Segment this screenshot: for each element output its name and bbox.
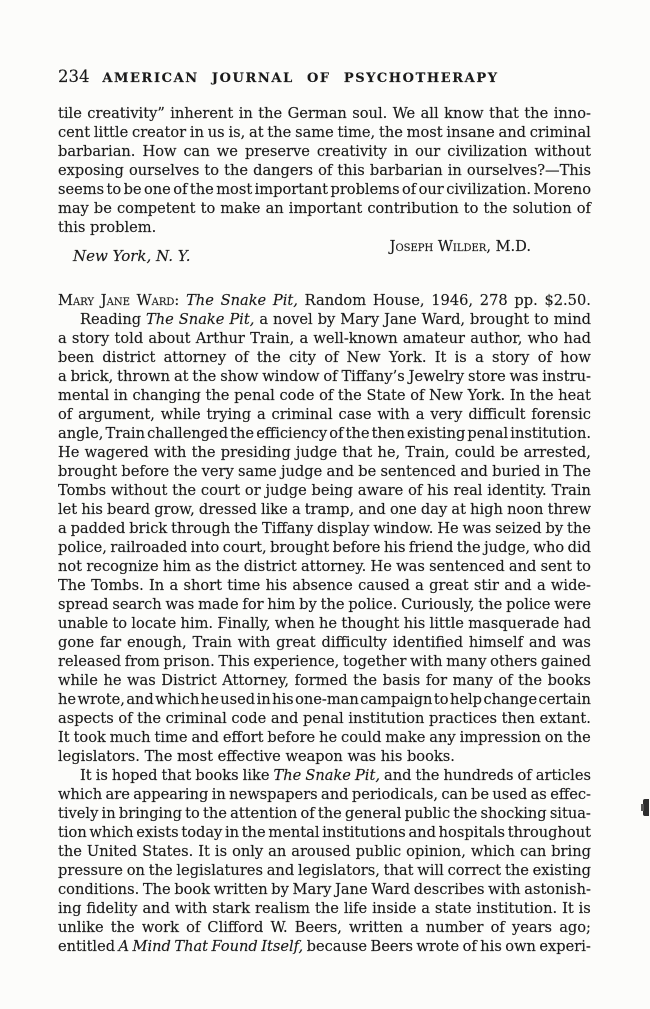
word: soul. <box>352 104 387 123</box>
word: be <box>500 443 518 462</box>
word: make <box>220 199 260 218</box>
word: short <box>183 576 222 595</box>
text-line: pressureonthelegislaturesandlegislators,… <box>58 861 591 880</box>
word: the <box>258 104 282 123</box>
word: to <box>204 161 219 180</box>
word: The <box>563 462 591 481</box>
word: Snake <box>179 310 225 329</box>
word: A <box>119 937 130 956</box>
word: The <box>186 291 214 310</box>
word: He <box>370 557 391 576</box>
word: books <box>548 671 591 690</box>
word: experi- <box>539 937 590 956</box>
word: while <box>161 405 201 424</box>
word: $2.50. <box>544 291 590 310</box>
word: a <box>410 918 419 937</box>
word: window. <box>373 519 433 538</box>
word: a <box>58 519 67 538</box>
word: number <box>426 918 484 937</box>
word: on <box>545 728 563 747</box>
word: with <box>238 633 270 652</box>
word: railroaded <box>110 538 187 557</box>
word: his <box>427 481 449 500</box>
word: district <box>244 557 297 576</box>
word: exposing <box>58 161 124 180</box>
word: institution <box>348 709 424 728</box>
word: his <box>81 500 103 519</box>
word: York. <box>468 386 506 405</box>
word: the <box>173 462 197 481</box>
word: he, <box>377 443 400 462</box>
word: any <box>429 728 455 747</box>
word: district <box>102 348 155 367</box>
word: and <box>327 462 354 481</box>
word: and <box>321 785 348 804</box>
text-line: police,railroadedintocourt,broughtbefore… <box>58 538 591 557</box>
word: astonish- <box>524 880 591 899</box>
word: not <box>58 557 82 576</box>
word: Ward: <box>137 291 180 310</box>
word: Pit, <box>273 291 298 310</box>
word: he <box>103 671 121 690</box>
text-line: Ittookmuchtimeandeffortbeforehecouldmake… <box>58 728 591 747</box>
word: told <box>115 329 144 348</box>
word: is, <box>228 123 245 142</box>
word: his <box>384 538 406 557</box>
word: Arthur <box>196 329 245 348</box>
word: of <box>329 424 343 443</box>
word: Ward <box>371 880 410 899</box>
word: in <box>239 104 253 123</box>
word: situa- <box>550 804 591 823</box>
word: one <box>144 180 171 199</box>
word: for <box>242 595 263 614</box>
text-line: notrecognizehimasthedistrictattorney.Hew… <box>58 557 591 576</box>
closing-paragraph: tilecreativity”inherentintheGermansoul.W… <box>58 104 591 237</box>
word: the <box>192 367 216 386</box>
word: ing <box>58 899 81 918</box>
word: Train <box>551 481 590 500</box>
word: Tombs. <box>91 576 144 595</box>
word: pp. <box>514 291 537 310</box>
word: he <box>201 690 219 709</box>
word: 278 <box>480 291 508 310</box>
word: Snake <box>305 766 351 785</box>
word: New <box>429 386 463 405</box>
word: States. <box>142 842 193 861</box>
word: New <box>347 348 381 367</box>
word: and <box>529 633 556 652</box>
word: then <box>372 424 405 443</box>
word: of <box>118 709 132 728</box>
word: and <box>408 823 435 842</box>
word: exists <box>136 823 178 842</box>
word: him <box>163 557 191 576</box>
word: Found <box>212 937 258 956</box>
word: know <box>444 104 484 123</box>
word: through <box>171 519 230 538</box>
word: identity. <box>487 481 546 500</box>
word: a <box>299 329 308 348</box>
word: creativity <box>317 142 387 161</box>
word: cent <box>58 123 90 142</box>
word: arrested, <box>524 443 591 462</box>
word: were <box>554 595 591 614</box>
word: problems <box>330 180 399 199</box>
word: work <box>142 918 179 937</box>
word: inno- <box>554 104 591 123</box>
word: Random <box>305 291 366 310</box>
text-line: barbarian.Howcanwepreservecreativityinou… <box>58 142 591 161</box>
word: that <box>489 104 519 123</box>
word: are <box>106 785 130 804</box>
word: the <box>524 104 548 123</box>
word: novel <box>273 310 313 329</box>
word: of <box>577 199 591 218</box>
word: Moreno <box>533 180 591 199</box>
word: which <box>471 842 515 861</box>
text-line: tivelyinbringingtotheattentionofthegener… <box>58 804 591 823</box>
word: to <box>107 180 122 199</box>
word: thrown <box>117 367 170 386</box>
word: our <box>415 142 440 161</box>
word: to <box>201 199 216 218</box>
word: Mary <box>340 310 379 329</box>
word: insane <box>446 123 494 142</box>
word: the <box>190 180 214 199</box>
word: It <box>435 348 447 367</box>
word: institution. <box>510 424 591 443</box>
word: shocking <box>481 804 547 823</box>
word: Mary <box>58 291 94 310</box>
word: is <box>215 842 227 861</box>
running-header: AMERICAN JOURNAL OF PSYCHOTHERAPY <box>34 71 567 86</box>
text-line: entitledAMindThatFoundItself,becauseBeer… <box>58 937 591 956</box>
word: opinion, <box>406 842 466 861</box>
word: story <box>492 348 529 367</box>
word: barbarian <box>370 161 443 180</box>
word: books <box>195 766 238 785</box>
word: friend <box>409 538 453 557</box>
word: The <box>58 576 86 595</box>
text-line: exposingourselvestothedangersofthisbarba… <box>58 161 591 180</box>
word: creator <box>132 123 186 142</box>
word: real <box>453 481 482 500</box>
word: because <box>307 937 367 956</box>
word: penal <box>467 424 508 443</box>
text-line: tilecreativity”inherentintheGermansoul.W… <box>58 104 591 123</box>
word: and <box>267 861 294 880</box>
word: window <box>262 367 319 386</box>
word: difficulty <box>321 633 386 652</box>
word: United <box>87 842 137 861</box>
word: periodicals, <box>352 785 438 804</box>
word: the <box>137 709 161 728</box>
word: articles <box>536 766 591 785</box>
word: the <box>230 424 254 443</box>
word: the <box>457 538 481 557</box>
word: District <box>161 671 216 690</box>
word: very <box>430 405 462 424</box>
word: of <box>518 766 532 785</box>
word: to <box>185 804 200 823</box>
word: great <box>429 576 469 595</box>
word: Tombs <box>58 481 106 500</box>
word: institutions <box>322 823 406 842</box>
word: Train, <box>405 443 449 462</box>
word: with <box>410 652 442 671</box>
word: like <box>261 500 288 519</box>
word: by <box>546 519 564 538</box>
word: as <box>195 557 211 576</box>
word: police, <box>58 538 107 557</box>
word: the <box>111 918 135 937</box>
word: the <box>172 481 196 500</box>
word: mind <box>554 310 591 329</box>
word: a <box>58 329 67 348</box>
word: as <box>531 785 547 804</box>
word: many <box>446 652 486 671</box>
word: York. <box>389 348 427 367</box>
word: was <box>562 633 591 652</box>
word: the <box>203 804 227 823</box>
word: show <box>220 367 258 386</box>
word: masquerade <box>468 614 559 633</box>
word: legislatures <box>176 861 263 880</box>
word: he <box>58 690 76 709</box>
word: inherent <box>170 104 233 123</box>
word: He <box>58 443 79 462</box>
word: police. <box>348 595 397 614</box>
word: of <box>410 386 424 405</box>
word: then <box>502 709 535 728</box>
word: of <box>173 180 187 199</box>
word: civilization. <box>446 180 531 199</box>
word: the <box>224 161 248 180</box>
word: the <box>353 671 377 690</box>
word: That <box>174 937 208 956</box>
word: and <box>358 500 385 519</box>
word: before <box>121 462 169 481</box>
word: Beers, <box>295 918 342 937</box>
word: and <box>499 123 526 142</box>
word: had <box>564 614 591 633</box>
word: absence <box>292 576 352 595</box>
word: who <box>534 538 565 557</box>
word: institution. <box>476 899 557 918</box>
word: 1946, <box>431 291 473 310</box>
word: of <box>463 937 477 956</box>
scan-artifact-mark <box>643 799 649 816</box>
text-line: theUnitedStates.Itisonlyanarousedpublico… <box>58 842 591 861</box>
word: judge <box>265 481 306 500</box>
word: in <box>212 785 226 804</box>
word: existing <box>407 424 465 443</box>
word: case <box>339 405 372 424</box>
word: well-known <box>313 329 397 348</box>
word: could <box>455 443 495 462</box>
word: much <box>110 728 151 747</box>
word: before <box>267 728 315 747</box>
word: In <box>149 576 164 595</box>
text-line: unliketheworkofCliffordW.Beers,writtenan… <box>58 918 591 937</box>
word: that <box>161 766 191 785</box>
word: unlike <box>58 918 104 937</box>
word: criminal <box>272 405 333 424</box>
word: gone <box>58 633 94 652</box>
word: to <box>112 614 127 633</box>
word: padded <box>71 519 126 538</box>
word: only <box>232 842 263 861</box>
word: wide- <box>551 576 591 595</box>
word: same <box>238 462 277 481</box>
word: in <box>545 462 559 481</box>
word: tion <box>58 823 87 842</box>
word: preserve <box>245 142 310 161</box>
word: many <box>453 671 493 690</box>
word: Itself, <box>261 937 303 956</box>
word: by <box>318 310 336 329</box>
word: pressure <box>58 861 123 880</box>
word: be <box>124 180 142 199</box>
word: our <box>419 180 444 199</box>
word: in <box>257 690 271 709</box>
text-line: aspectsofthecriminalcodeandpenalinstitut… <box>58 709 591 728</box>
word: the <box>379 123 403 142</box>
text-line: conditions.ThebookwrittenbyMaryJaneWardd… <box>58 880 591 899</box>
word: the <box>453 804 477 823</box>
word: German <box>288 104 347 123</box>
word: most <box>216 180 252 199</box>
word: was <box>510 367 539 386</box>
word: written <box>214 880 268 899</box>
word: time <box>155 728 188 747</box>
text-line: ingfidelityandwithstarkrealismthelifeins… <box>58 899 591 918</box>
text-line: legislators. The most effective weapon w… <box>58 747 591 766</box>
word: one <box>390 500 417 519</box>
word: by <box>299 595 317 614</box>
word: Jane <box>335 880 368 899</box>
word: which <box>155 690 199 709</box>
word: bring <box>551 842 591 861</box>
word: with <box>488 880 520 899</box>
word: the <box>318 804 342 823</box>
word: was <box>463 519 492 538</box>
word: one-man <box>295 690 359 709</box>
word: Pit, <box>355 766 380 785</box>
word: his <box>266 576 288 595</box>
word: enough, <box>127 633 187 652</box>
word: he <box>319 728 337 747</box>
word: for <box>426 671 447 690</box>
word: It <box>562 899 574 918</box>
word: prison. <box>163 652 214 671</box>
word: aware <box>358 481 404 500</box>
word: Clifford <box>207 918 263 937</box>
word: contribution <box>367 199 458 218</box>
word: to <box>534 310 549 329</box>
word: instru- <box>542 367 591 386</box>
word: recognize <box>86 557 158 576</box>
word: was <box>396 557 425 576</box>
word: a <box>416 405 425 424</box>
word: brick, <box>71 367 114 386</box>
word: noon <box>507 500 543 519</box>
text-line: ReadingTheSnakePit,anovelbyMaryJaneWard,… <box>58 310 591 329</box>
word: attention <box>230 804 297 823</box>
word: Snake <box>221 291 267 310</box>
word: campaign <box>360 690 432 709</box>
word: threw <box>548 500 591 519</box>
word: be <box>358 462 376 481</box>
text-line: hewrote,andwhichheusedinhisone-mancampai… <box>58 690 591 709</box>
word: in <box>102 804 116 823</box>
word: the <box>346 424 370 443</box>
word: was <box>166 595 195 614</box>
word: display <box>317 519 369 538</box>
word: argument, <box>78 405 155 424</box>
word: of <box>318 161 332 180</box>
word: time <box>227 576 260 595</box>
word: unable <box>58 614 108 633</box>
word: and <box>271 709 298 728</box>
word: identified <box>393 633 463 652</box>
book-citation: MaryJaneWard:TheSnakePit,RandomHouse,194… <box>58 291 591 310</box>
word: city <box>289 348 316 367</box>
word: the <box>518 671 542 690</box>
word: heat <box>558 386 591 405</box>
word: others <box>490 652 537 671</box>
text-line: abrick,thrownattheshowwindowofTiffany’sJ… <box>58 367 591 386</box>
word: the <box>416 766 440 785</box>
word: us <box>208 123 225 142</box>
review-paragraph-2: ItishopedthatbookslikeTheSnakePit,andthe… <box>58 766 591 956</box>
text-line: ofargument,whiletryingacriminalcasewitha… <box>58 405 591 424</box>
text-line: maybecompetenttomakeanimportantcontribut… <box>58 199 591 218</box>
word: a <box>58 367 67 386</box>
journal-page: 234 AMERICAN JOURNAL OF PSYCHOTHERAPY ti… <box>0 0 650 1009</box>
word: and <box>504 576 531 595</box>
word: may <box>58 199 89 218</box>
word: The <box>143 880 171 899</box>
word: can <box>520 842 546 861</box>
word: a <box>259 310 268 329</box>
word: about <box>148 329 190 348</box>
word: the <box>192 443 216 462</box>
word: Tiffany <box>262 519 313 538</box>
review-paragraph-1: ReadingTheSnakePit,anovelbyMaryJaneWard,… <box>58 310 591 766</box>
word: sentenced <box>429 557 505 576</box>
word: sent <box>541 557 572 576</box>
word: had <box>564 329 591 348</box>
word: caused <box>358 576 410 595</box>
word: public <box>356 842 402 861</box>
word: great <box>276 633 316 652</box>
text-line: whichareappearinginnewspapersandperiodic… <box>58 785 591 804</box>
word: when <box>275 614 315 633</box>
word: Train <box>192 633 231 652</box>
word: in <box>394 142 408 161</box>
word: Curiously, <box>401 595 475 614</box>
word: hospitals <box>439 823 505 842</box>
word: basis <box>383 671 421 690</box>
word: can <box>441 785 467 804</box>
word: practices <box>429 709 497 728</box>
word: ourselves?—This <box>467 161 591 180</box>
word: written <box>349 918 403 937</box>
word: newspapers <box>229 785 318 804</box>
word: a <box>537 576 546 595</box>
